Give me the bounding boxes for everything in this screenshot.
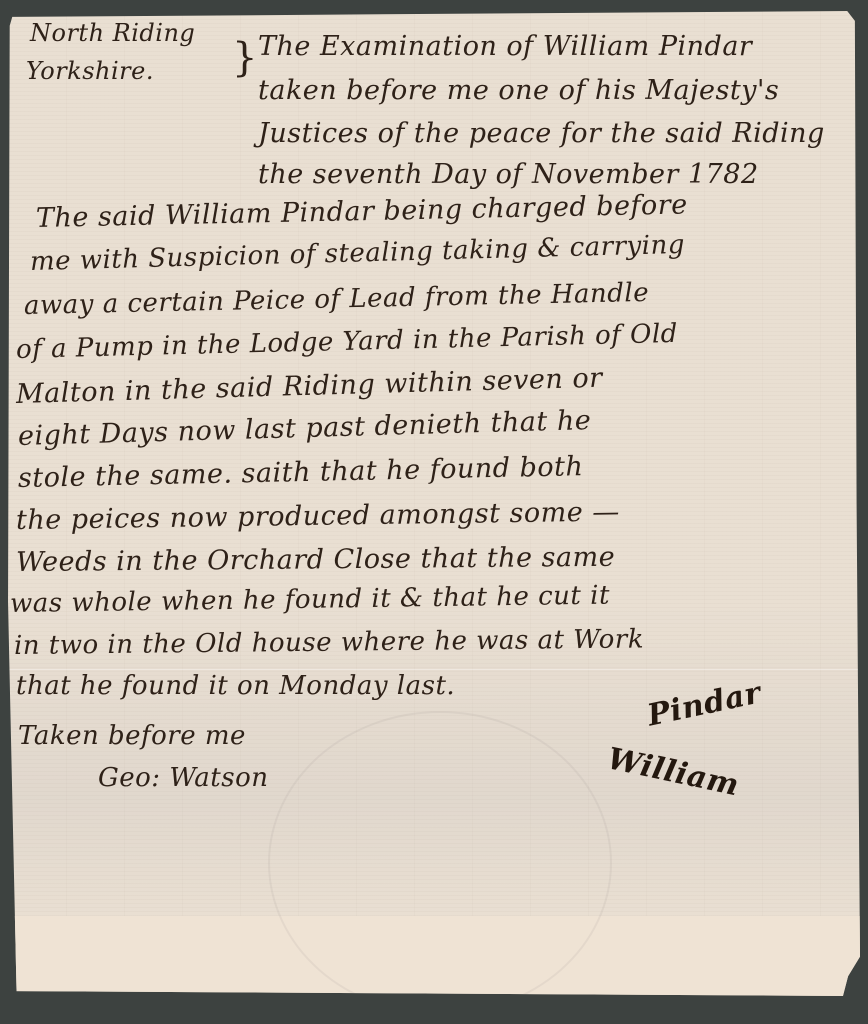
signature-surname: Pindar xyxy=(644,675,764,733)
title-line-1: The Examination of William Pindar xyxy=(258,31,752,62)
title-line-4: the seventh Day of November 1782 xyxy=(258,159,759,190)
signature-forename: William xyxy=(604,741,742,803)
body-line-2: me with Suspicion of stealing taking & c… xyxy=(30,230,686,277)
body-line-5: Malton in the said Riding within seven o… xyxy=(16,363,603,410)
attestation-taken-before: Taken before me xyxy=(18,721,246,751)
body-line-4: of a Pump in the Lodge Yard in the Paris… xyxy=(16,319,679,365)
margin-heading-bracket: } xyxy=(232,35,258,81)
body-line-6: eight Days now last past denieth that he xyxy=(18,405,592,452)
paper-fold-line xyxy=(8,669,860,670)
manuscript-page: North Riding Yorkshire. } The Examinatio… xyxy=(8,11,860,996)
title-line-2: taken before me one of his Majesty's xyxy=(258,75,779,106)
body-line-12: that he found it on Monday last. xyxy=(16,671,455,701)
body-line-11: in two in the Old house where he was at … xyxy=(14,624,644,661)
body-line-8: the peices now produced amongst some — xyxy=(16,497,620,536)
margin-heading-line2: Yorkshire. xyxy=(26,57,154,85)
title-line-3: Justices of the peace for the said Ridin… xyxy=(258,118,825,149)
attestation-magistrate-name: Geo: Watson xyxy=(98,763,269,793)
paper-watermark xyxy=(268,711,612,1015)
body-line-7: stole the same. saith that he found both xyxy=(18,451,584,494)
body-line-9: Weeds in the Orchard Close that the same xyxy=(16,542,615,578)
body-line-3: away a certain Peice of Lead from the Ha… xyxy=(24,278,650,321)
margin-heading-line1: North Riding xyxy=(30,19,195,47)
body-line-10: was whole when he found it & that he cut… xyxy=(10,581,610,619)
body-line-1: The said William Pindar being charged be… xyxy=(36,189,688,234)
